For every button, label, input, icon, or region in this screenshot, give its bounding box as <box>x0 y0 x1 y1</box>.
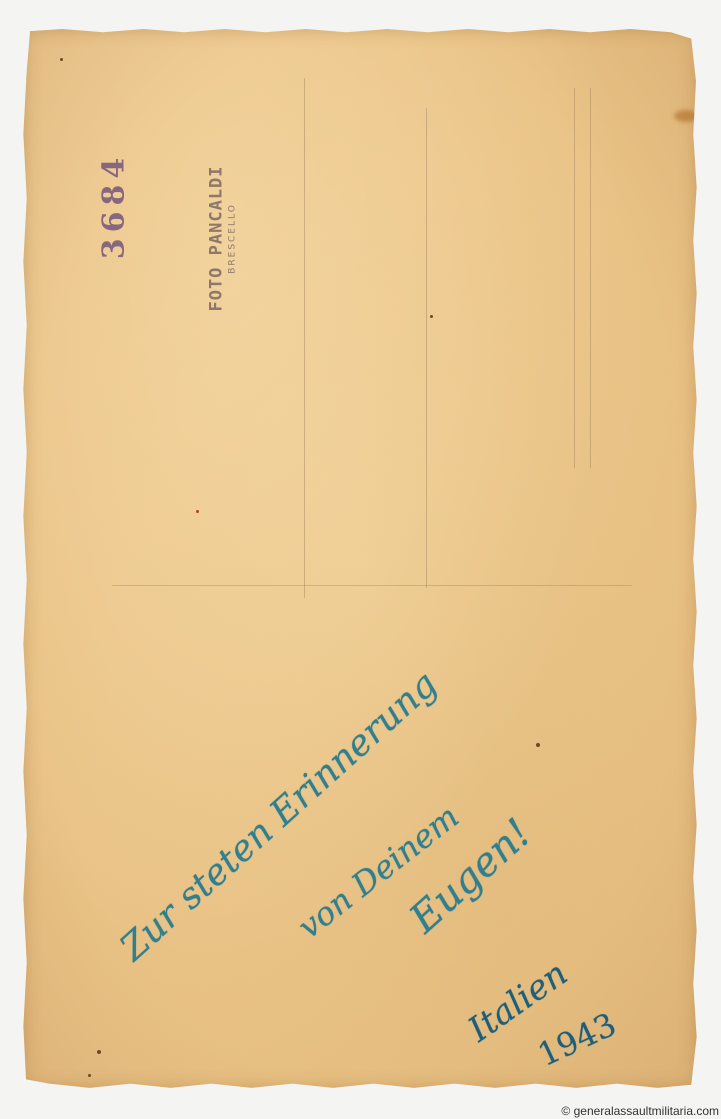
printed-guide-line <box>426 108 427 588</box>
studio-city: BRESCELLO <box>228 165 238 311</box>
serial-number: 3684 <box>97 151 132 259</box>
printed-guide-line <box>304 78 305 598</box>
speck <box>536 743 540 747</box>
speck <box>196 510 199 513</box>
studio-name: FOTO PANCALDI <box>207 165 227 311</box>
photo-card-back: 3684 FOTO PANCALDI BRESCELLO Zur steten … <box>22 28 698 1090</box>
speck <box>88 1074 91 1077</box>
printed-guide-line <box>574 88 575 468</box>
serial-number-stamp: 3684 <box>84 120 144 290</box>
stain <box>674 110 698 122</box>
studio-stamp: FOTO PANCALDI BRESCELLO <box>192 128 252 348</box>
speck <box>97 1050 101 1054</box>
copyright-watermark: © generalassaultmilitaria.com <box>561 1104 719 1118</box>
inscription-year: 1943 <box>532 1005 622 1074</box>
inscription-line-1: Zur steten Erinnerung <box>113 664 446 969</box>
printed-guide-line <box>112 585 632 586</box>
speck <box>60 58 63 61</box>
speck <box>430 315 433 318</box>
printed-guide-line <box>590 88 591 468</box>
